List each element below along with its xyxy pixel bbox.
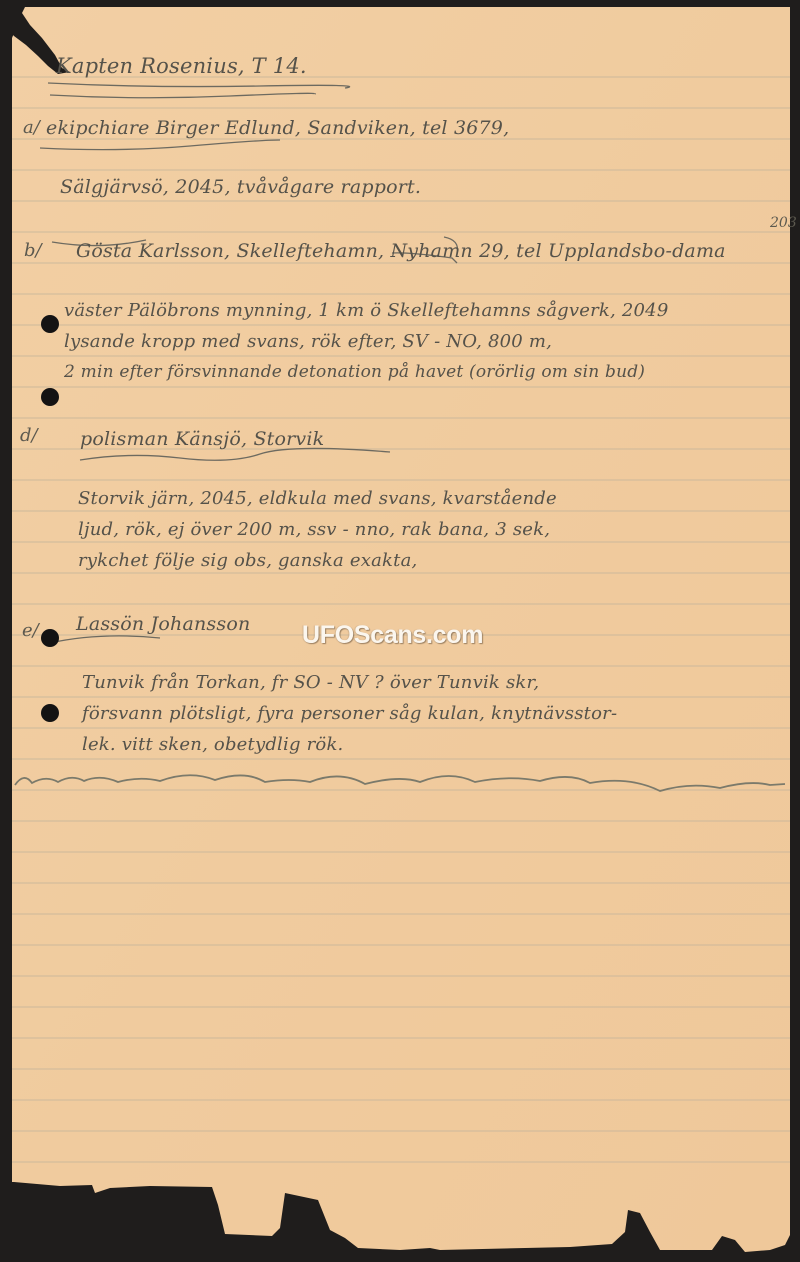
entry-marker: a/: [23, 117, 40, 138]
punch-hole: [41, 315, 59, 333]
entry-marker: b/: [24, 240, 42, 261]
punch-hole: [41, 388, 59, 406]
entry-line: Tunvik från Torkan, fr SO - NV ? över Tu…: [82, 672, 539, 693]
entry-line: rykchet följe sig obs, ganska exakta,: [78, 550, 417, 571]
entry-line: Lassön Johansson: [76, 613, 250, 635]
entry-line: lek. vitt sken, obetydlig rök.: [82, 734, 343, 755]
entry-line: Sälgjärvsö, 2045, tvåvågare rapport.: [60, 176, 421, 198]
entry-line: polisman Känsjö, Storvik: [80, 428, 324, 450]
punch-hole: [41, 704, 59, 722]
entry-line: ekipchiare Birger Edlund, Sandviken, tel…: [46, 117, 509, 139]
entry-line: Storvik järn, 2045, eldkula med svans, k…: [78, 488, 557, 509]
entry-line: väster Pälöbrons mynning, 1 km ö Skellef…: [64, 300, 669, 321]
entry-line: ljud, rök, ej över 200 m, ssv - nno, rak…: [78, 519, 550, 540]
entry-line: lysande kropp med svans, rök efter, SV -…: [64, 331, 552, 352]
watermark: UFOScans.com: [302, 621, 483, 650]
notebook-page: Kapten Rosenius, T 14. 203 a/ ekipchiare…: [0, 0, 800, 1262]
entry-line: Gösta Karlsson, Skelleftehamn, Nyhamn 29…: [76, 240, 726, 262]
entry-marker: e/: [22, 620, 39, 641]
entry-line: 2 min efter försvinnande detonation på h…: [64, 362, 645, 382]
entry-line: försvann plötsligt, fyra personer såg ku…: [82, 703, 617, 724]
page-number: 203: [770, 215, 797, 231]
punch-hole: [41, 629, 59, 647]
scanned-document: Kapten Rosenius, T 14. 203 a/ ekipchiare…: [0, 0, 800, 1262]
page-heading: Kapten Rosenius, T 14.: [56, 54, 307, 78]
entry-marker: d/: [20, 425, 38, 446]
